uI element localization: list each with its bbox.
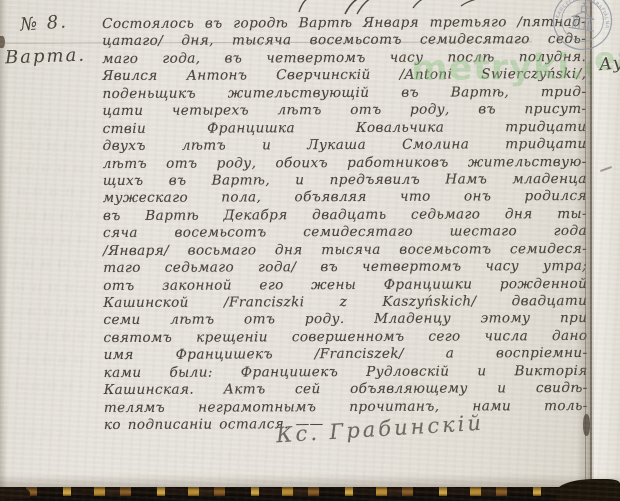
record-line: отъ законной его жены Францишки рожденно… bbox=[103, 276, 587, 296]
record-line: Кашинская. Актъ сей объявляющему и свидѣ… bbox=[104, 380, 588, 400]
bleed-through-mark bbox=[14, 382, 82, 390]
record-line: лѣтъ отъ роду, обоихъ работниковъ житель… bbox=[103, 153, 587, 173]
record-line: /Января/ восьмаго дня тысяча восемьсотъ … bbox=[103, 241, 587, 261]
bleed-through-mark bbox=[8, 260, 92, 268]
bleed-through-mark bbox=[14, 142, 90, 150]
record-line: въ Вартѣ Декабря двадцать седьмаго дня т… bbox=[103, 206, 587, 226]
record-line: ками были: Францишекъ Рудловскій и Викто… bbox=[104, 363, 588, 383]
record-line: Состоялось въ городѣ Вартѣ Января третья… bbox=[102, 14, 586, 34]
scan-background-band bbox=[0, 496, 620, 501]
bleed-through-mark bbox=[9, 356, 89, 364]
record-line: телямъ неграмотнымъ прочитанъ, нами толь… bbox=[104, 398, 588, 418]
fold-ink-smudge bbox=[583, 414, 590, 436]
record-line: мужескаго пола, объявляя что онъ родился bbox=[103, 188, 587, 208]
fold-line bbox=[590, 0, 592, 501]
binding-corner-shadow bbox=[0, 487, 30, 499]
bleed-through-mark bbox=[12, 236, 90, 244]
binding-corner-shadow bbox=[556, 479, 620, 501]
bottom-page-shadow bbox=[0, 474, 620, 488]
record-line: святомъ крещеніи совершенномъ сего числа… bbox=[103, 328, 587, 348]
record-line: ствіи Францишка Ковальчика тридцати bbox=[103, 119, 587, 139]
bleed-through-mark bbox=[16, 188, 88, 196]
bleed-through-mark bbox=[130, 452, 280, 460]
bleed-through-mark bbox=[10, 212, 94, 220]
act-number: № 8. bbox=[19, 11, 68, 35]
scanned-record-page: № 8. Варта. Состоялось въ городѣ Вартѣ Я… bbox=[0, 0, 620, 501]
page-left-edge-shading bbox=[0, 0, 8, 501]
parish-stamp-icon: KANCELARIA PARAFIALNA bbox=[547, 0, 618, 56]
bleed-through-mark bbox=[15, 284, 85, 292]
bleed-through-mark bbox=[10, 120, 92, 128]
bleed-through-mark bbox=[8, 165, 94, 173]
record-line: щихъ въ Вартѣ, и предъявилъ Намъ младенц… bbox=[103, 171, 587, 191]
record-line: двухъ лѣтъ и Лукаша Смолина тридцати bbox=[103, 136, 587, 156]
record-line: Кашинской /Franciszki z Kaszyńskich/ два… bbox=[103, 293, 587, 313]
place-name: Варта. bbox=[5, 45, 87, 69]
record-line: таго седьмаго года/ въ четвертомъ часу у… bbox=[103, 258, 587, 278]
record-line: цати четырехъ лѣтъ отъ роду, въ присут- bbox=[102, 101, 586, 121]
bleed-through-mark bbox=[10, 308, 92, 316]
record-line: имя Францишекъ /Franciszek/ а воспріемни… bbox=[104, 345, 588, 365]
adjacent-page-writing: Ау bbox=[598, 53, 620, 75]
bleed-through-mark bbox=[12, 332, 86, 340]
record-line: сяча восемьсотъ семидесятаго шестаго год… bbox=[103, 223, 587, 243]
record-line: семи лѣтъ отъ роду. Младенцу этому при bbox=[103, 310, 587, 330]
bleed-through-mark bbox=[10, 430, 70, 438]
